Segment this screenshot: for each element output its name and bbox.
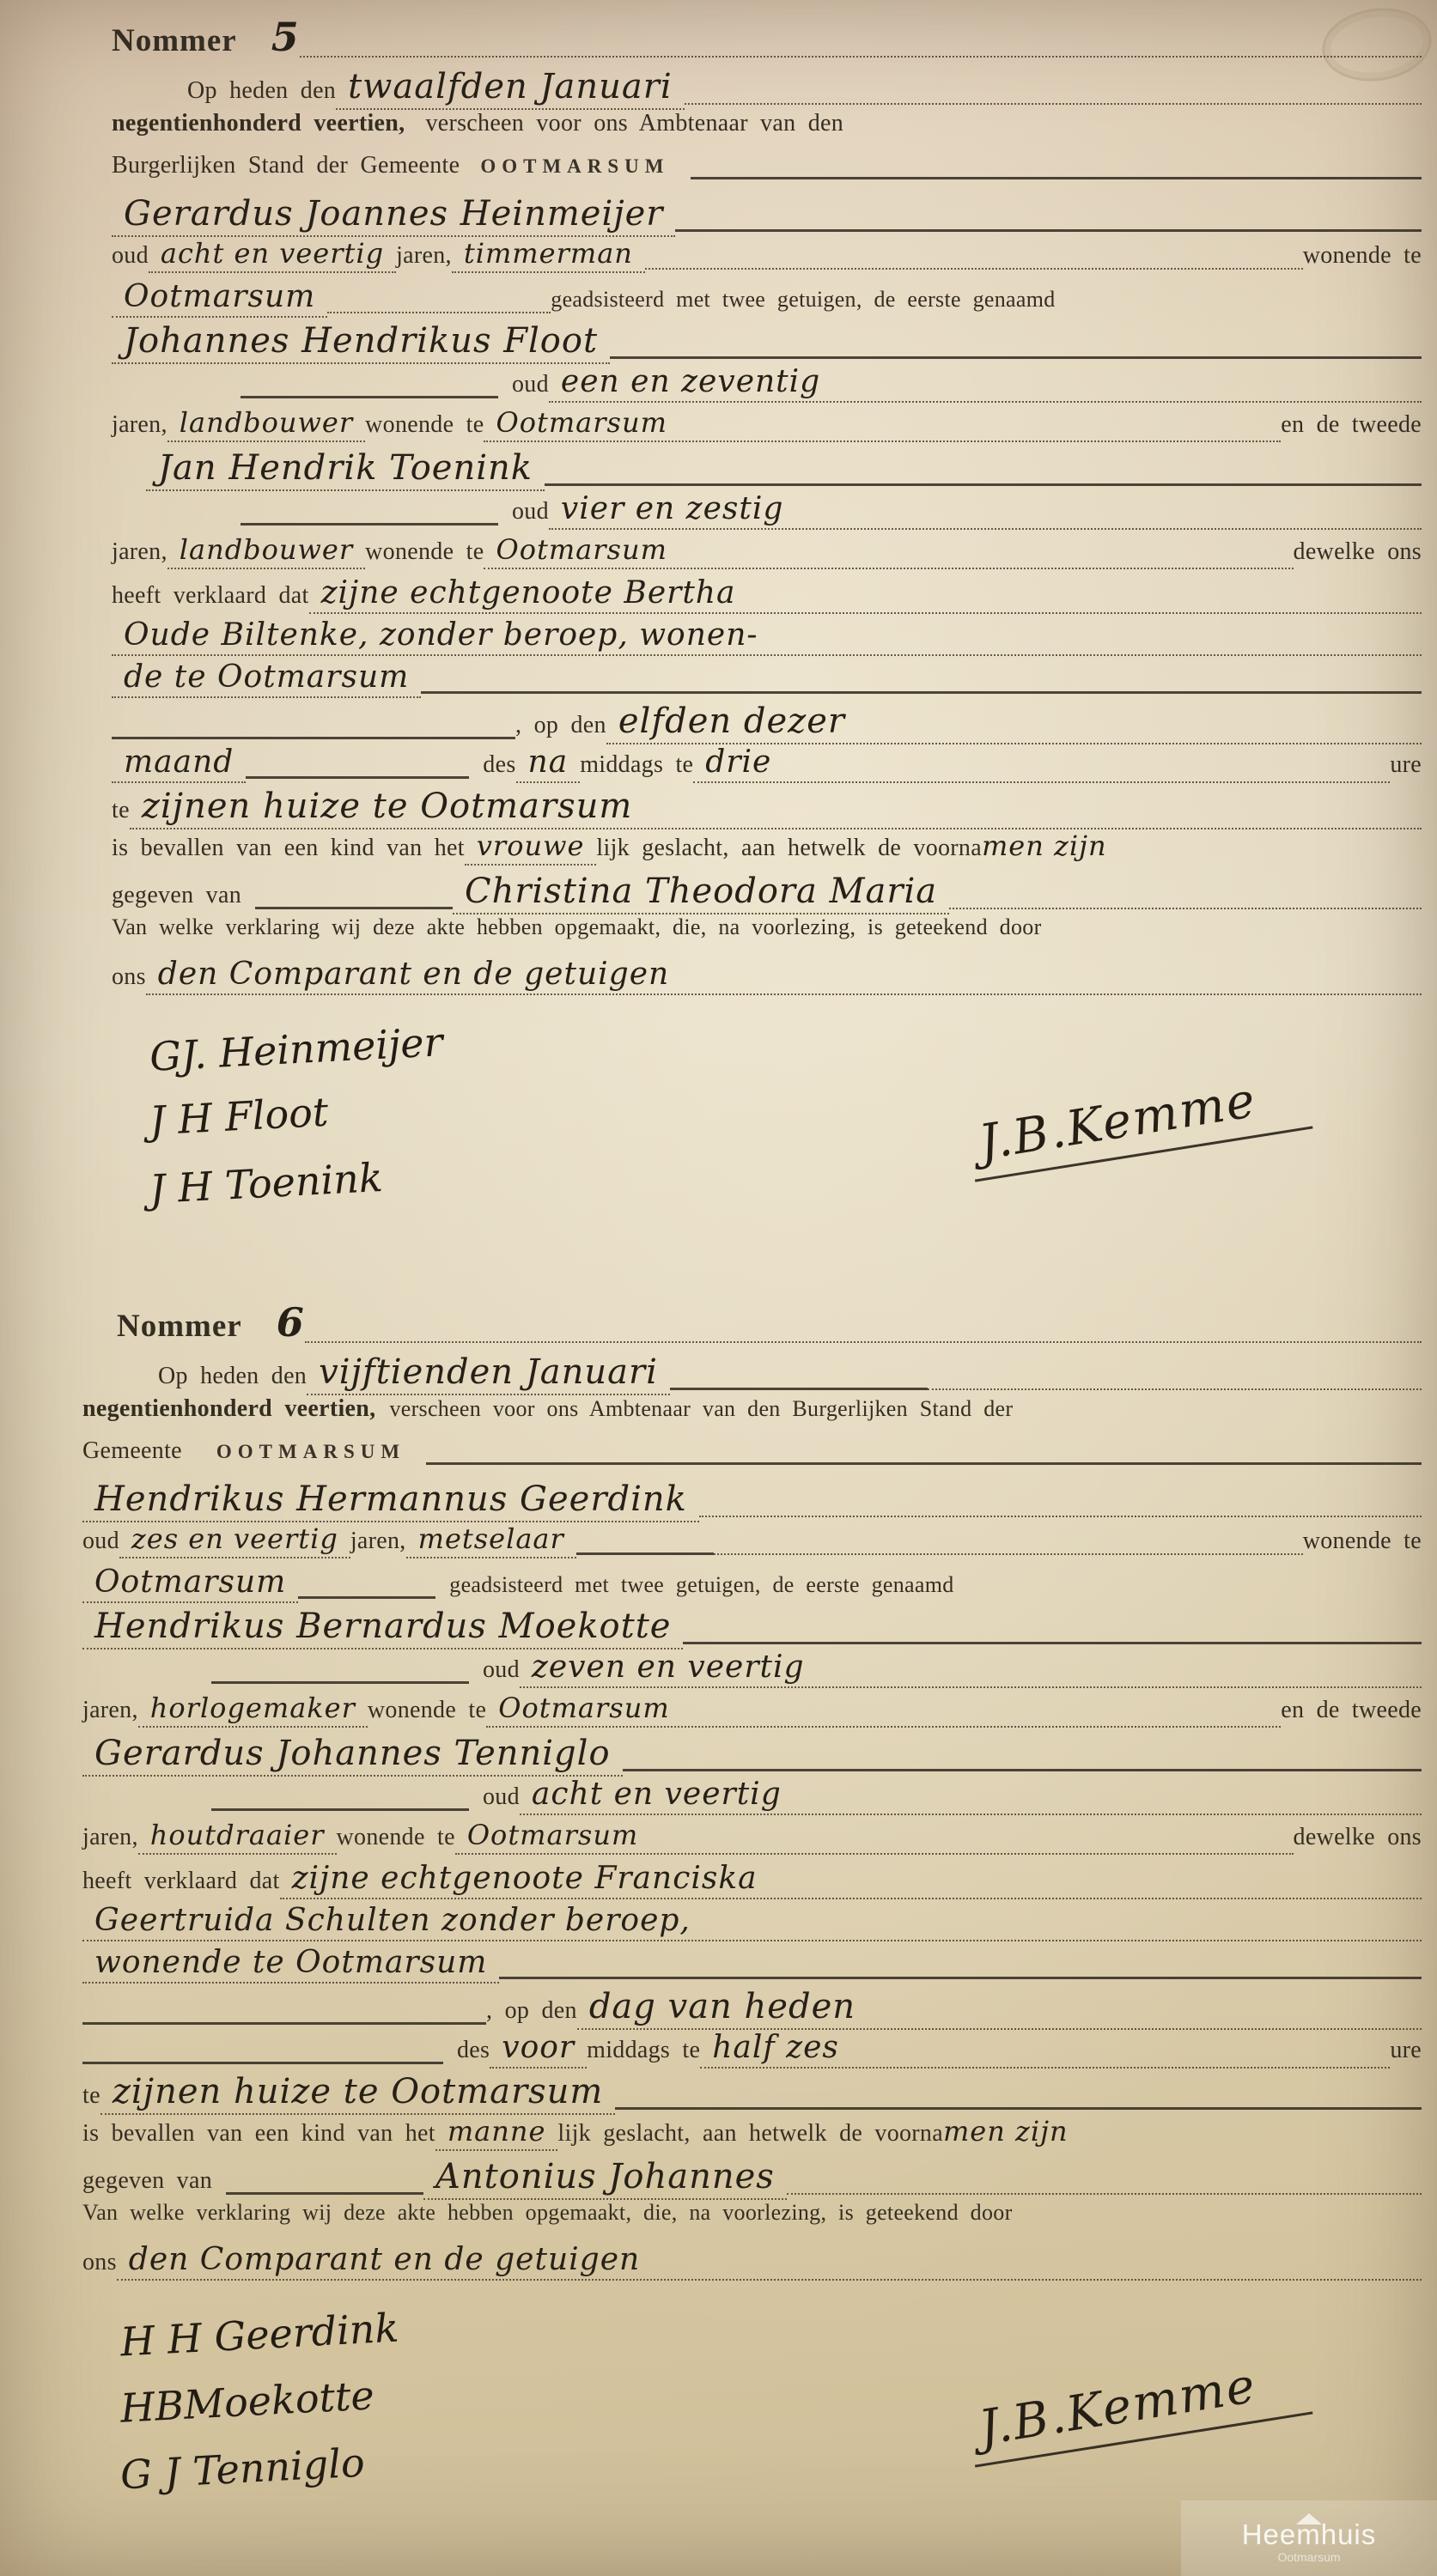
year-label: negentienhonderd veertien, xyxy=(82,1395,375,1423)
heeft-verklaard-label: heeft verklaard dat xyxy=(82,1868,280,1895)
witness2-details-line: jaren, houtdraaier wonende te Ootmarsum … xyxy=(82,1819,1422,1861)
ure-label: ure xyxy=(1390,751,1422,779)
dash-line xyxy=(675,229,1422,232)
declaration-line-2: Oude Biltenke, zonder beroep, wonen- xyxy=(112,617,1422,659)
oud-label: oud xyxy=(82,1528,119,1555)
gender-line: is bevallen van een kind van het manne l… xyxy=(82,2115,1422,2157)
gemeente-line: Gemeente OOTMARSUM xyxy=(82,1437,1422,1479)
dash-line xyxy=(211,1808,469,1811)
gemeente-name: OOTMARSUM xyxy=(480,155,669,178)
declarant-residence-line: Ootmarsum geadsisteerd met twee getuigen… xyxy=(82,1564,1422,1607)
child-name-line: gegeven van Christina Theodora Maria xyxy=(112,872,1422,914)
dotted-fill xyxy=(787,2193,1422,2195)
witness2-age: acht en veertig xyxy=(520,1777,1422,1815)
signature-block: H H Geerdink HBMoekotte G J Tenniglo J.B… xyxy=(82,2305,1422,2512)
bevallen-post-label: lijk geslacht, aan hetwelk de voorna xyxy=(557,2120,943,2148)
gegeven-van-label: gegeven van xyxy=(82,2167,212,2195)
jaren-label: jaren, xyxy=(82,1824,138,1851)
declaration-line-1: heeft verklaard dat zijne echtgenoote Be… xyxy=(112,575,1422,617)
dash-line xyxy=(426,1462,1422,1465)
dash-line xyxy=(499,1977,1422,1979)
birth-time-line: maand des na middags te drie ure xyxy=(112,744,1422,787)
jaren-label: jaren, xyxy=(112,538,167,566)
dotted-fill xyxy=(949,908,1422,909)
birth-record-6: Nommer 6 Op heden den vijftienden Januar… xyxy=(0,1299,1428,2512)
oud-label: oud xyxy=(483,1656,520,1684)
witness-signatures: H H Geerdink HBMoekotte G J Tenniglo xyxy=(82,2305,563,2512)
oud-label: oud xyxy=(512,371,549,398)
gemeente-label: Gemeente xyxy=(82,1437,182,1465)
declarant-details-line: oud acht en veertig jaren, timmerman won… xyxy=(112,237,1422,279)
witness1-details-line: jaren, horlogemaker wonende te Ootmarsum… xyxy=(82,1692,1422,1734)
page-content: Nommer 5 Op heden den twaalfden Januari … xyxy=(0,0,1437,2576)
birth-record-5: Nommer 5 Op heden den twaalfden Januari … xyxy=(0,14,1428,1227)
declarant-occupation: metselaar xyxy=(406,1522,576,1558)
witness2-age-line: oud acht en veertig xyxy=(82,1777,1422,1819)
declaration-text: Geertruida Schulten zonder beroep, xyxy=(82,1903,1422,1941)
signed-by-line: ons den Comparant en de getuigen xyxy=(112,957,1422,999)
jaren-label: jaren, xyxy=(396,242,452,270)
witness1-occupation: landbouwer xyxy=(167,406,365,442)
witness2-name: Jan Hendrik Toenink xyxy=(146,448,545,491)
gemeente-line: Burgerlijken Stand der Gemeente OOTMARSU… xyxy=(112,152,1422,194)
closing-label: Van welke verklaring wij deze akte hebbe… xyxy=(112,914,1042,940)
voornamen-suffix: men zijn xyxy=(943,2115,1069,2148)
witness1-age: zeven en veertig xyxy=(520,1649,1422,1688)
closing-line: Van welke verklaring wij deze akte hebbe… xyxy=(82,2200,1422,2242)
year-line: negentienhonderd veertien, verscheen voo… xyxy=(112,110,1422,152)
jaren-label: jaren, xyxy=(350,1528,406,1555)
birth-day-line: , op den dag van heden xyxy=(82,1987,1422,2030)
wonende-te-label: wonende te xyxy=(365,411,484,439)
te-label: te xyxy=(82,2082,100,2110)
geadsisteerd-label: geadsisteerd met twee getuigen, de eerst… xyxy=(551,287,1055,313)
dash-line xyxy=(670,1388,928,1390)
jaren-label: jaren, xyxy=(112,411,167,439)
wonende-te-label: wonende te xyxy=(368,1697,486,1724)
geadsisteerd-label: geadsisteerd met twee getuigen, de eerst… xyxy=(449,1572,953,1598)
witness2-residence: Ootmarsum xyxy=(455,1819,1294,1855)
dash-line xyxy=(421,691,1422,694)
middags-te-label: middags te xyxy=(580,751,693,779)
witness2-age-line: oud vier en zestig xyxy=(112,491,1422,533)
witness1-age-line: oud een en zeventig xyxy=(112,364,1422,406)
wonende-te-label: wonende te xyxy=(337,1824,455,1851)
te-label: te xyxy=(112,797,130,824)
declarant-name: Gerardus Joannes Heinmeijer xyxy=(112,194,675,237)
witness2-name-line: Gerardus Johannes Tenniglo xyxy=(82,1734,1422,1777)
dotted-fill xyxy=(300,56,1422,58)
birth-hour: drie xyxy=(693,744,1390,783)
middags-te-label: middags te xyxy=(587,2037,700,2064)
signature: HBMoekotte xyxy=(119,2372,375,2431)
declaration-line-3: wonende te Ootmarsum xyxy=(82,1945,1422,1987)
dash-line xyxy=(298,1596,435,1599)
declarant-name-line: Hendrikus Hermannus Geerdink xyxy=(82,1479,1422,1522)
record-number-line: Nommer 5 xyxy=(112,14,1422,67)
birth-place-line: te zijnen huize te Ootmarsum xyxy=(82,2072,1422,2115)
declaration-line-3: de te Ootmarsum xyxy=(112,659,1422,702)
witness1-occupation: horlogemaker xyxy=(138,1692,368,1728)
des-label: des xyxy=(457,2037,490,2064)
witness1-name-line: Hendrikus Bernardus Moekotte xyxy=(82,1607,1422,1649)
declaration-line-2: Geertruida Schulten zonder beroep, xyxy=(82,1903,1422,1945)
dash-line xyxy=(241,396,498,398)
signature: J H Toenink xyxy=(149,1154,384,1212)
dash-line xyxy=(615,2107,1422,2110)
dotted-fill xyxy=(645,268,1303,270)
witness1-details-line: jaren, landbouwer wonende te Ootmarsum e… xyxy=(112,406,1422,448)
witness1-residence: Ootmarsum xyxy=(484,406,1281,442)
dotted-fill xyxy=(685,103,1422,105)
declarant-age: acht en veertig xyxy=(149,237,396,273)
dotted-fill xyxy=(928,1388,1422,1390)
signed-by: den Comparant en de getuigen xyxy=(117,2242,1422,2281)
child-gender: manne xyxy=(435,2115,558,2151)
dotted-fill xyxy=(327,312,551,313)
closing-label: Van welke verklaring wij deze akte hebbe… xyxy=(82,2200,1013,2226)
witness2-residence: Ootmarsum xyxy=(484,533,1293,569)
witness2-age: vier en zestig xyxy=(549,491,1422,530)
declaration-text: de te Ootmarsum xyxy=(112,659,421,698)
dash-line xyxy=(226,2192,423,2195)
gegeven-van-label: gegeven van xyxy=(112,882,241,909)
register-page: Nommer 5 Op heden den twaalfden Januari … xyxy=(0,0,1437,2576)
dash-line xyxy=(623,1769,1422,1771)
birth-hour: half zes xyxy=(700,2030,1390,2069)
signature-block: GJ. Heinmeijer J H Floot J H Toenink J.B… xyxy=(112,1019,1422,1227)
dash-line xyxy=(683,1642,1422,1644)
dash-line xyxy=(691,177,1422,179)
act-date: twaalfden Januari xyxy=(336,67,685,110)
birth-day: dag van heden xyxy=(577,1987,1422,2030)
witness2-occupation: houtdraaier xyxy=(138,1819,337,1855)
nommer-label: Nommer xyxy=(117,1308,242,1345)
verscheen-label: verscheen voor ons Ambtenaar van den xyxy=(425,110,843,137)
registrar-signature: J.B.Kemme xyxy=(965,2349,1313,2467)
jaren-label: jaren, xyxy=(82,1697,138,1724)
signature: H H Geerdink xyxy=(119,2305,400,2366)
dash-line xyxy=(211,1681,469,1684)
birth-day-line: , op den elfden dezer xyxy=(112,702,1422,744)
witness1-age: een en zeventig xyxy=(549,364,1422,403)
op-den-label: , op den xyxy=(515,712,606,739)
declaration-line-1: heeft verklaard dat zijne echtgenoote Fr… xyxy=(82,1861,1422,1903)
gender-line: is bevallen van een kind van het vrouwe … xyxy=(112,829,1422,872)
burgerlijke-stand-label: Burgerlijken Stand der Gemeente xyxy=(112,152,460,179)
declarant-name-line: Gerardus Joannes Heinmeijer xyxy=(112,194,1422,237)
dash-line xyxy=(545,483,1422,486)
declarant-residence-line: Ootmarsum geadsisteerd met twee getuigen… xyxy=(112,279,1422,321)
bevallen-pre-label: is bevallen van een kind van het xyxy=(82,2120,435,2148)
birth-place: zijnen huize te Ootmarsum xyxy=(100,2072,615,2115)
declarant-name: Hendrikus Hermannus Geerdink xyxy=(82,1479,699,1522)
registrar-signature: J.B.Kemme xyxy=(965,1064,1313,1182)
wonende-te-label: wonende te xyxy=(1303,1528,1422,1555)
date-line: Op heden den vijftienden Januari xyxy=(158,1352,1422,1395)
dash-line xyxy=(576,1552,714,1555)
dash-line xyxy=(82,2022,486,2025)
signed-by-line: ons den Comparant en de getuigen xyxy=(82,2242,1422,2284)
daypart: na xyxy=(516,744,581,783)
record-number-line: Nommer 6 xyxy=(82,1299,1422,1352)
date-line: Op heden den twaalfden Januari xyxy=(187,67,1422,110)
witness1-name: Johannes Hendrikus Floot xyxy=(112,321,610,364)
wonende-te-label: wonende te xyxy=(1303,242,1422,270)
bevallen-post-label: lijk geslacht, aan hetwelk de voorna xyxy=(596,835,982,862)
birth-place: zijnen huize te Ootmarsum xyxy=(130,787,1422,829)
archive-watermark: Heemhuis Ootmarsum xyxy=(1181,2500,1437,2576)
witness1-age-line: oud zeven en veertig xyxy=(82,1649,1422,1692)
signed-by: den Comparant en de getuigen xyxy=(146,957,1422,995)
daypart: voor xyxy=(490,2030,587,2069)
closing-line: Van welke verklaring wij deze akte hebbe… xyxy=(112,914,1422,957)
oud-label: oud xyxy=(512,498,549,526)
witness-signatures: GJ. Heinmeijer J H Floot J H Toenink xyxy=(112,1019,593,1227)
op-heden-den-label: Op heden den xyxy=(187,77,336,105)
declaration-text: Oude Biltenke, zonder beroep, wonen- xyxy=(112,617,1422,656)
watermark-subtitle: Ootmarsum xyxy=(1277,2551,1340,2563)
verscheen-label: verscheen voor ons Ambtenaar van den Bur… xyxy=(389,1396,1013,1422)
child-name: Christina Theodora Maria xyxy=(453,872,949,914)
signature: GJ. Heinmeijer xyxy=(149,1018,444,1080)
declaration-text: zijne echtgenoote Bertha xyxy=(309,575,1422,614)
dash-line xyxy=(82,2062,443,2064)
declarant-age: zes en veertig xyxy=(119,1522,350,1558)
op-heden-den-label: Op heden den xyxy=(158,1363,307,1390)
year-label: negentienhonderd veertien, xyxy=(112,110,405,137)
dewelke-ons-label: dewelke ons xyxy=(1294,538,1422,566)
oud-label: oud xyxy=(483,1783,520,1811)
declaration-text: wonende te Ootmarsum xyxy=(82,1945,499,1984)
dotted-fill xyxy=(305,1341,1422,1343)
declarant-residence: Ootmarsum xyxy=(82,1564,298,1603)
declarant-details-line: oud zes en veertig jaren, metselaar wone… xyxy=(82,1522,1422,1564)
signature: G J Tenniglo xyxy=(119,2439,366,2499)
birth-place-line: te zijnen huize te Ootmarsum xyxy=(112,787,1422,829)
birth-day-continued: maand xyxy=(112,744,246,783)
ons-label: ons xyxy=(112,963,146,991)
dash-line xyxy=(246,776,469,779)
dotted-fill xyxy=(714,1553,1303,1555)
gemeente-name: OOTMARSUM xyxy=(216,1441,405,1463)
witness1-residence: Ootmarsum xyxy=(486,1692,1281,1728)
des-label: des xyxy=(483,751,515,779)
watermark-title: Heemhuis xyxy=(1242,2520,1377,2549)
ons-label: ons xyxy=(82,2249,117,2276)
en-de-tweede-label: en de tweede xyxy=(1281,411,1422,439)
nommer-label: Nommer xyxy=(112,22,237,59)
record-number: 6 xyxy=(277,1299,305,1346)
child-gender: vrouwe xyxy=(465,829,597,866)
wonende-te-label: wonende te xyxy=(365,538,484,566)
declarant-residence: Ootmarsum xyxy=(112,279,327,318)
dash-line xyxy=(241,523,498,526)
witness2-details-line: jaren, landbouwer wonende te Ootmarsum d… xyxy=(112,533,1422,575)
witness1-name-line: Johannes Hendrikus Floot xyxy=(112,321,1422,364)
registrar-signature-area: J.B.Kemme xyxy=(593,1019,1422,1227)
birth-day: elfden dezer xyxy=(606,702,1422,744)
bevallen-pre-label: is bevallen van een kind van het xyxy=(112,835,465,862)
declaration-text: zijne echtgenoote Franciska xyxy=(280,1861,1422,1899)
signature: J H Floot xyxy=(149,1089,330,1145)
dash-line xyxy=(112,737,515,739)
dash-line xyxy=(255,907,453,909)
act-date: vijftienden Januari xyxy=(307,1352,670,1395)
ure-label: ure xyxy=(1390,2037,1422,2064)
child-name: Antonius Johannes xyxy=(423,2157,787,2200)
voornamen-suffix: men zijn xyxy=(982,829,1107,862)
witness1-name: Hendrikus Bernardus Moekotte xyxy=(82,1607,683,1649)
dash-line xyxy=(610,356,1422,359)
dotted-fill xyxy=(699,1516,1422,1517)
witness2-name: Gerardus Johannes Tenniglo xyxy=(82,1734,623,1777)
record-number: 5 xyxy=(271,14,300,60)
oud-label: oud xyxy=(112,242,149,270)
declarant-occupation: timmerman xyxy=(452,237,645,273)
heeft-verklaard-label: heeft verklaard dat xyxy=(112,582,309,610)
en-de-tweede-label: en de tweede xyxy=(1281,1697,1422,1724)
registrar-signature-area: J.B.Kemme xyxy=(563,2305,1422,2512)
witness2-occupation: landbouwer xyxy=(167,533,365,569)
witness2-name-line: Jan Hendrik Toenink xyxy=(112,448,1422,491)
birth-time-line: des voor middags te half zes ure xyxy=(82,2030,1422,2072)
op-den-label: , op den xyxy=(486,1997,577,2025)
year-line: negentienhonderd veertien, verscheen voo… xyxy=(82,1395,1422,1437)
dewelke-ons-label: dewelke ons xyxy=(1294,1824,1422,1851)
child-name-line: gegeven van Antonius Johannes xyxy=(82,2157,1422,2200)
